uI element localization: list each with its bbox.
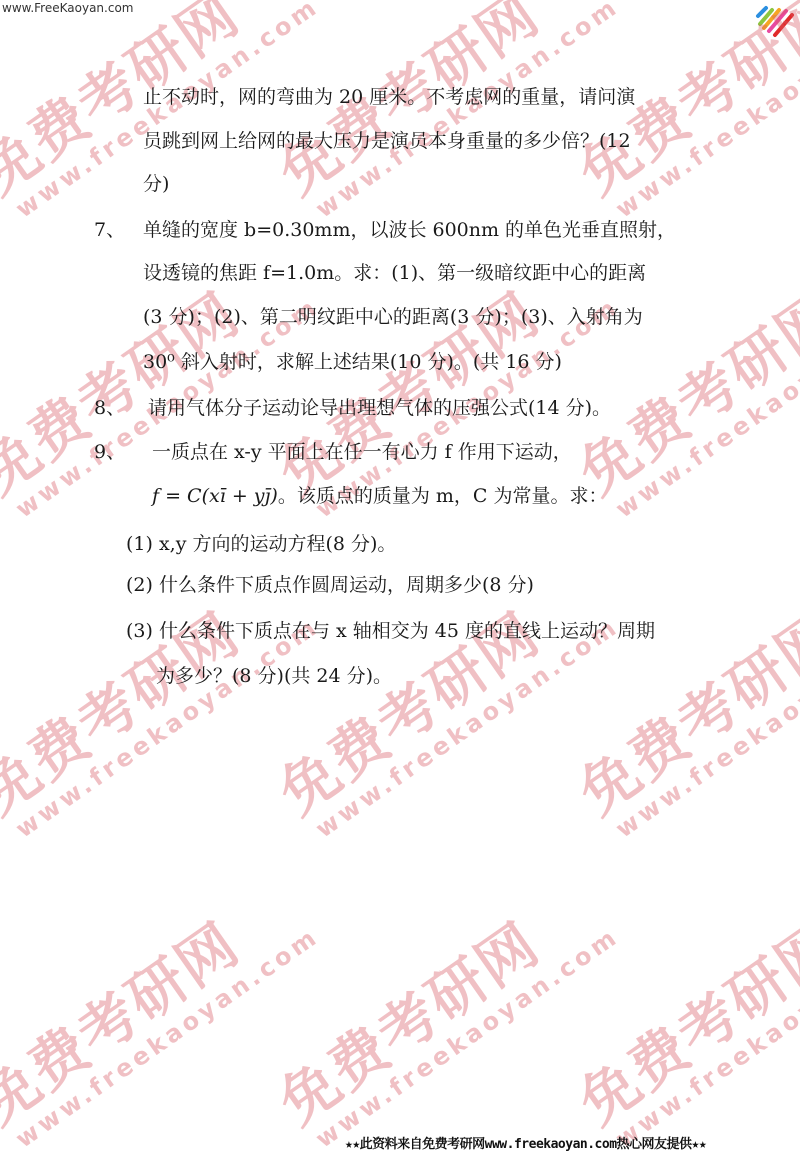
q7-line-2: 设透镜的焦距 f=1.0m。求：(1)、第一级暗纹距中心的距离 bbox=[143, 264, 646, 283]
q9-line-1: 一质点在 x-y 平面上在任一有心力 f 作用下运动， bbox=[152, 443, 572, 462]
watermark: 免费考研网www.freekaoyan.com bbox=[270, 563, 625, 848]
q6-line-3: 分) bbox=[143, 175, 169, 194]
watermark: 免费考研网www.freekaoyan.com bbox=[270, 873, 625, 1156]
q7-line-4: 30⁰ 斜入射时，求解上述结果(10 分)。(共 16 分) bbox=[143, 353, 562, 372]
q9-number: 9、 bbox=[94, 443, 125, 462]
q9-sub-1: (1) x,y 方向的运动方程(8 分)。 bbox=[126, 535, 396, 554]
watermark: 免费考研网www.freekaoyan.com bbox=[0, 873, 324, 1156]
q9-sub-3-cont: 为多少？(8 分)(共 24 分)。 bbox=[156, 667, 392, 686]
site-url: www.FreeKaoyan.com bbox=[2, 1, 133, 15]
q9-line-2-rest: 。该质点的质量为 m，C 为常量。求： bbox=[278, 485, 608, 507]
watermark: 免费考研网www.freekaoyan.com bbox=[570, 563, 800, 848]
footer-notice: ★★此资料来自免费考研网www.freekaoyan.com热心网友提供★★ bbox=[345, 1133, 706, 1152]
q7-number: 7、 bbox=[94, 221, 125, 240]
q9-line-2: f = C(xī + yj̄)。该质点的质量为 m，C 为常量。求： bbox=[152, 487, 607, 506]
q8-text: 请用气体分子运动论导出理想气体的压强公式(14 分)。 bbox=[148, 399, 611, 418]
q9-sub-3: (3) 什么条件下质点在与 x 轴相交为 45 度的直线上运动？周期 bbox=[126, 622, 655, 641]
force-formula: f = C(xī + yj̄) bbox=[152, 485, 278, 507]
q7-line-3: (3 分)；(2)、第二明纹距中心的距离(3 分)；(3)、入射角为 bbox=[143, 308, 643, 327]
rainbow-stripes-logo-icon bbox=[752, 2, 800, 38]
q8-number: 8、 bbox=[94, 399, 125, 418]
watermark: 免费考研网www.freekaoyan.com bbox=[270, 0, 625, 228]
q7-line-1: 单缝的宽度 b=0.30mm，以波长 600nm 的单色光垂直照射， bbox=[143, 221, 676, 240]
q9-sub-2: (2) 什么条件下质点作圆周运动，周期多少(8 分) bbox=[126, 576, 534, 595]
watermark: 免费考研网www.freekaoyan.com bbox=[570, 873, 800, 1156]
watermark: 免费考研网www.freekaoyan.com bbox=[0, 563, 324, 848]
q6-line-2: 员跳到网上给网的最大压力是演员本身重量的多少倍？(12 bbox=[143, 132, 631, 151]
q6-line-1: 止不动时，网的弯曲为 20 厘米。不考虑网的重量，请问演 bbox=[143, 88, 635, 107]
